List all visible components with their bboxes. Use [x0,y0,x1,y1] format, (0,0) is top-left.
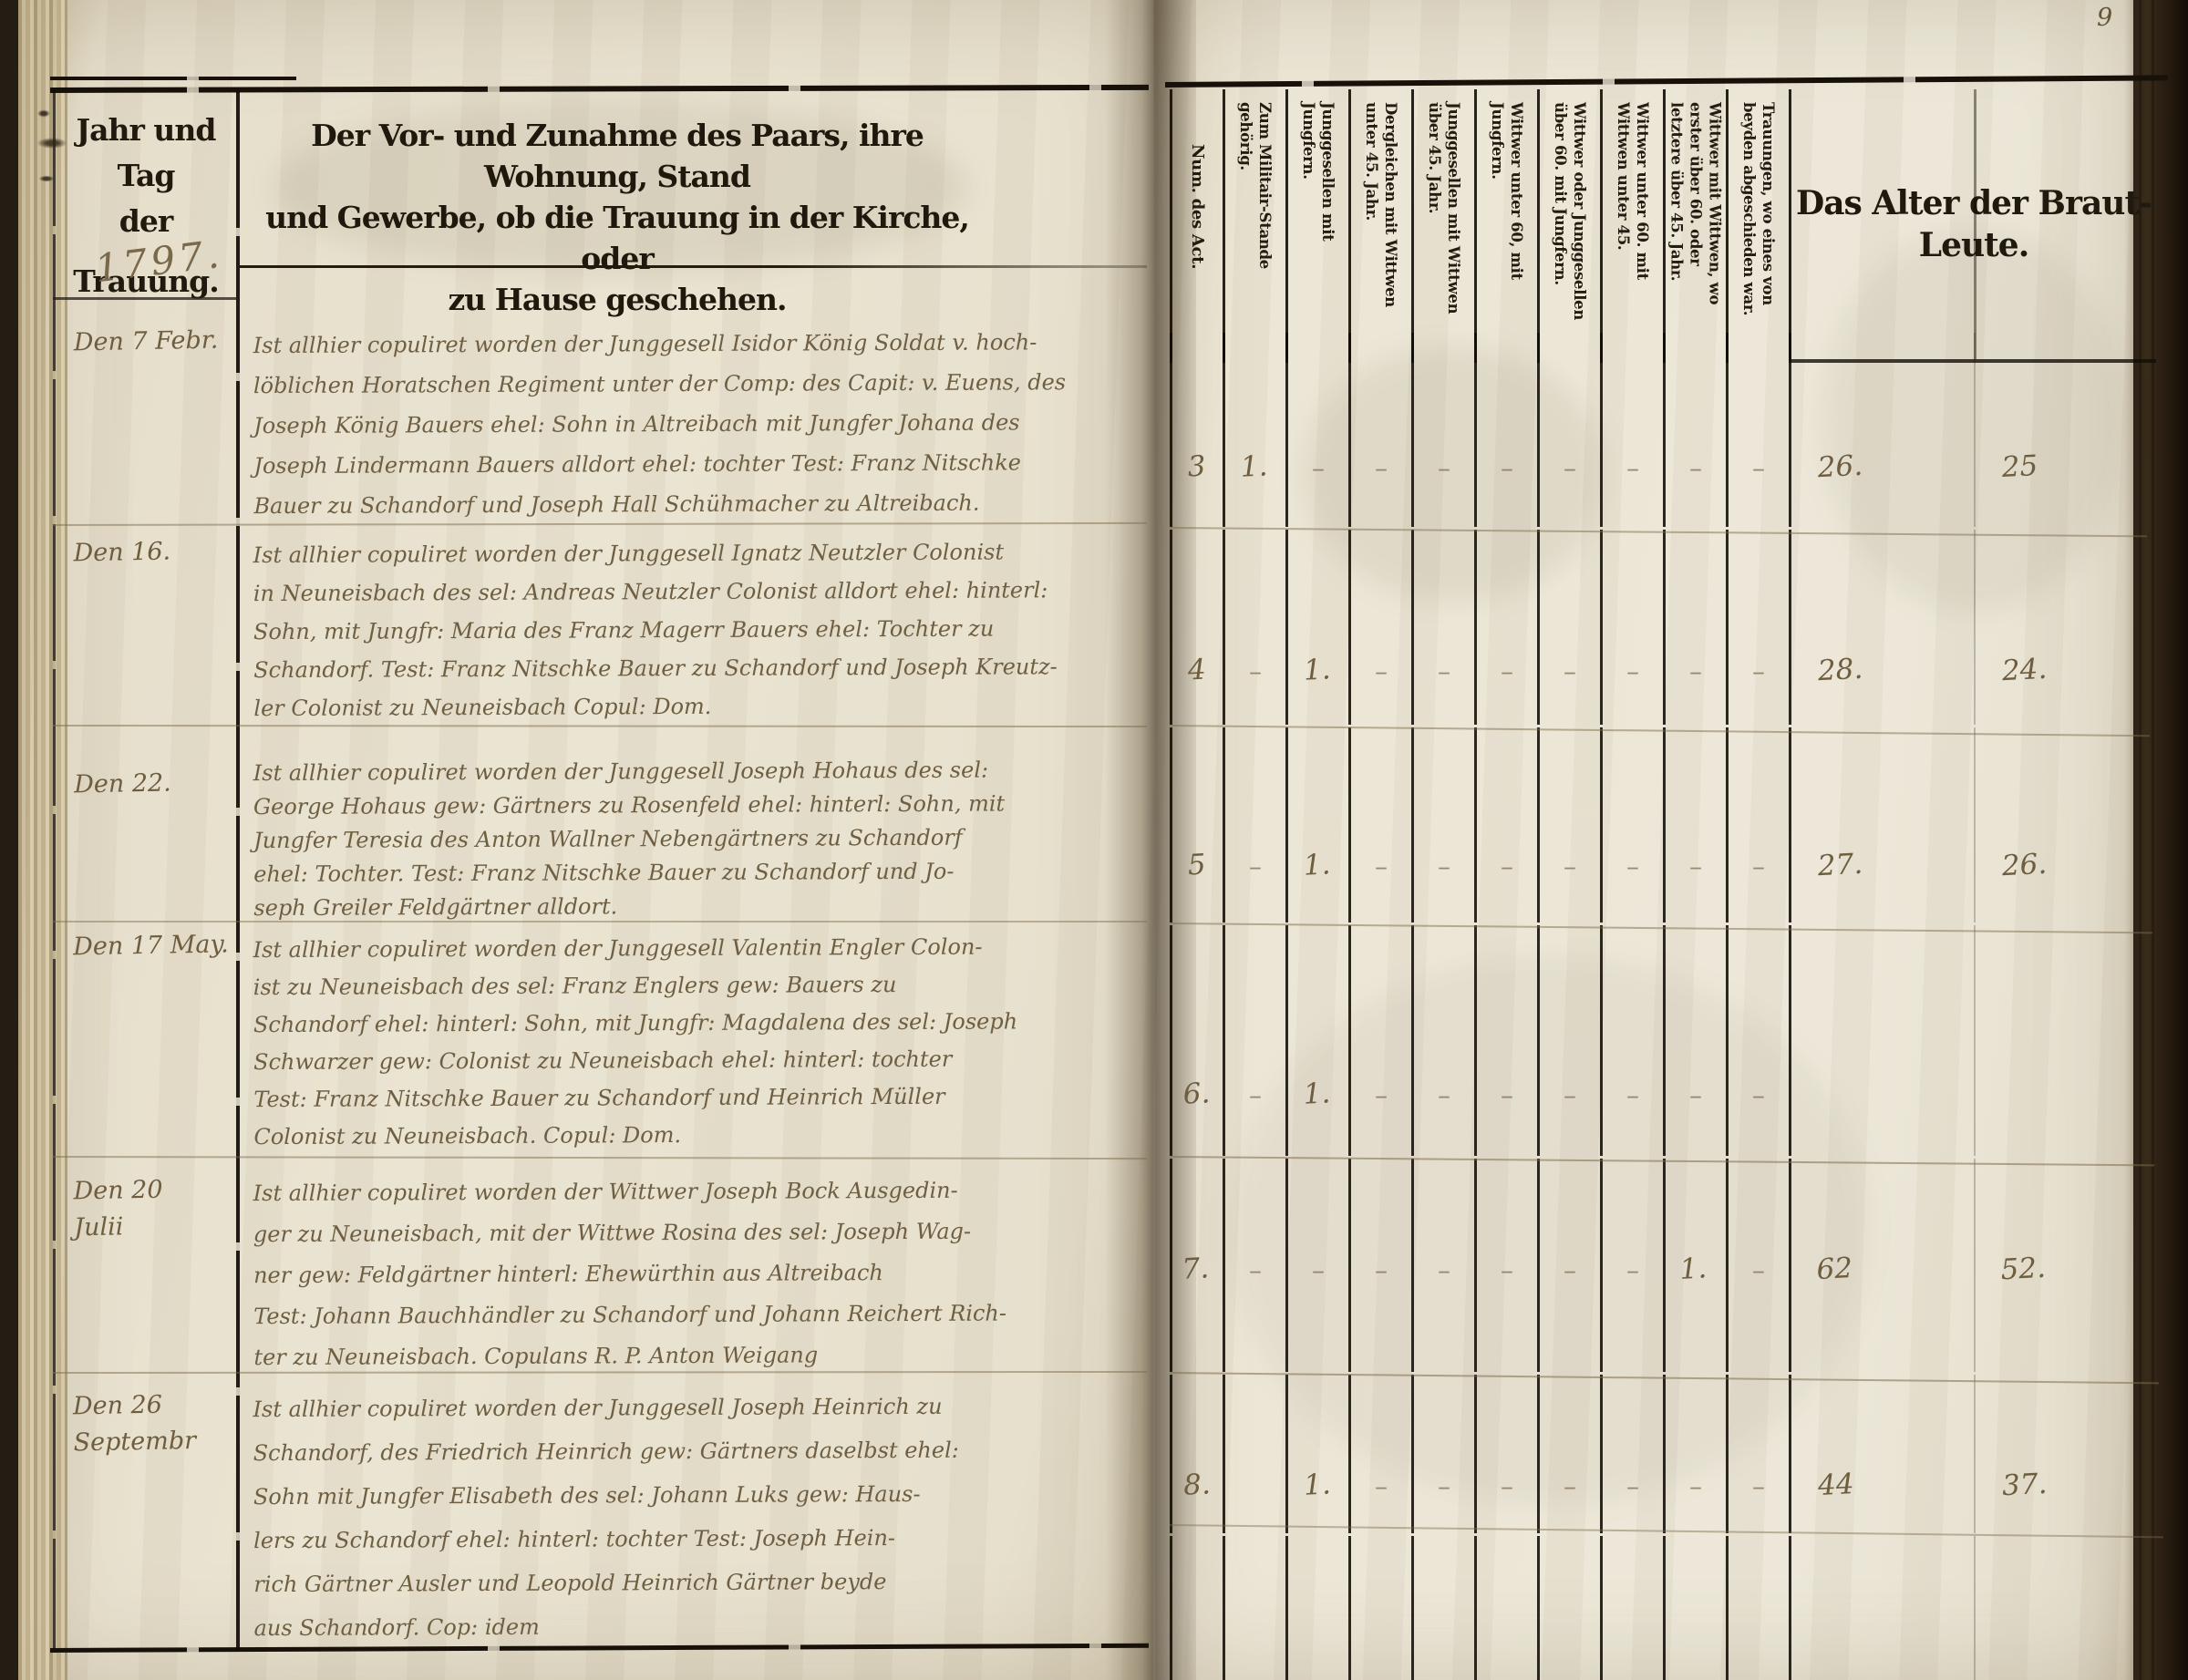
num-value: 3 [1186,450,1208,528]
statistics-row: 5–1.–––––––27.26. [1170,727,2156,922]
tally-dash: – [1564,1080,1576,1156]
tally-dash: – [1752,1255,1765,1372]
statistics-table-header: Num. des Act.Zum Militair-Stande gehörig… [1170,89,2156,330]
tally-dash: – [1249,1080,1262,1156]
empty-cell [1600,1536,1663,1680]
column-header-cell: Wittwer unter 60, mit Jungfern. [1474,89,1537,363]
statistics-row: 4–1.–––––––28.24. [1170,530,2156,725]
tally-cell: – [1663,333,1726,527]
num-cell: 4 [1170,530,1223,725]
num-value: 4 [1187,654,1209,726]
groom-age [1818,1110,1821,1156]
tally-one: 1. [1303,653,1334,725]
tally-one: 1. [1240,449,1271,527]
entry-date-line: Den 26 [73,1386,236,1425]
entry-text-line: lers zu Schandorf ehel: hinterl: tochter… [253,1515,1138,1562]
entry-text-line: seph Greiler Feldgärtner alldort. [253,888,1138,924]
tally-dash: – [1689,453,1702,527]
tally-cell: – [1223,925,1285,1156]
column-header-label: Wittwer mit Wittwen, wo erster über 60. … [1667,102,1725,321]
num-cell: 8. [1170,1375,1223,1533]
tally-cell: – [1348,1375,1411,1533]
page-number: 9 [2097,4,2112,32]
main-header-line: und Gewerbe, ob die Trauung in der Kirch… [248,197,986,279]
entry-text-line: rich Gärtner Ausler und Leopold Heinrich… [253,1559,1138,1606]
register-entry: Den 22.Ist allhier copuliret worden der … [53,727,1147,922]
tally-cell: – [1537,727,1600,922]
tally-dash: – [1564,656,1576,725]
tally-cell: – [1537,1159,1600,1372]
bride-age-cell [1974,925,2156,1156]
tally-dash: – [1438,453,1450,527]
entry-text-line: Sohn, mit Jungfr: Maria des Franz Magerr… [253,609,1138,651]
entry-text-line: Ist allhier copuliret worden der Jungges… [253,1384,1137,1431]
statistics-row: 6.–1.––––––– [1170,925,2156,1156]
groom-age-cell: 27. [1789,727,1974,922]
groom-age: 44 [1817,1468,1856,1534]
entry-text-line: ter zu Neuneisbach. Copulans R. P. Anton… [253,1334,1138,1376]
groom-age: 28. [1817,653,1865,726]
entry-text: Ist allhier copuliret worden der Jungges… [236,1373,1147,1654]
groom-age: 26. [1817,449,1866,528]
tally-dash: – [1375,1471,1388,1533]
column-header-label: Trauungen, wo eines von beyden abgeschie… [1739,102,1778,321]
entry-text-line: Ist allhier copuliret worden der Jungges… [253,322,1138,366]
tally-cell: – [1411,727,1474,922]
entry-text-line: ist zu Neuneisbach des sel: Franz Engler… [253,965,1138,1006]
bride-age-cell: 26. [1974,727,2156,922]
entry-date-line: Den 17 May. [73,926,236,965]
tally-dash: – [1752,1080,1765,1156]
entry-text-line: Bauer zu Schandorf und Joseph Hall Schüh… [253,482,1138,526]
tally-dash: – [1626,851,1639,922]
tally-cell: – [1600,925,1663,1156]
tally-dash: – [1501,656,1513,725]
num-cell: 6. [1170,925,1223,1156]
column-header-label: Junggesellen mit Jungfern. [1299,102,1337,321]
tally-cell: – [1411,1375,1474,1533]
tally-cell: – [1600,333,1663,527]
tally-one: 1. [1303,1077,1334,1156]
tally-cell: – [1223,727,1285,922]
register-entry: Den 17 May.Ist allhier copuliret worden … [53,922,1147,1158]
tally-dash: – [1501,1080,1513,1156]
tally-dash: – [1501,851,1513,922]
groom-age-cell [1789,925,1974,1156]
empty-cell [1789,1536,1974,1680]
tally-one: 1. [1679,1252,1712,1372]
bride-age: 52. [2000,1252,2051,1373]
column-header-cell: Junggesellen mit Wittwen über 45. Jahr. [1411,89,1474,363]
tally-dash: – [1564,1255,1576,1372]
num-cell: 3 [1170,333,1223,527]
entry-date: Den 22. [51,726,239,923]
empty-cell [1726,1536,1789,1680]
tally-dash: – [1626,1255,1639,1372]
tally-cell: – [1474,1159,1537,1372]
tally-dash: – [1564,1471,1576,1533]
tally-dash: – [1626,656,1639,725]
statistics-row-empty [1170,1536,2156,1680]
tally-cell: – [1600,530,1663,725]
tally-dash: – [1689,1471,1702,1533]
bride-age: 37. [2001,1468,2049,1534]
tally-dash: – [1375,453,1388,527]
tally-dash: – [1626,1471,1639,1533]
empty-cell [1170,1536,1223,1680]
tally-cell [1223,1375,1285,1533]
entry-date: Den 20Julii [51,1156,239,1376]
num-cell: 7. [1170,1159,1223,1372]
groom-age: 27. [1817,848,1865,923]
tally-one: 1. [1303,848,1334,922]
empty-cell [1223,1536,1285,1680]
entry-text-line: Schandorf, des Friedrich Heinrich gew: G… [253,1427,1138,1475]
entry-text-line: Schandorf ehel: hinterl: Sohn, mit Jungf… [253,1003,1138,1044]
entry-text: Ist allhier copuliret worden der Jungges… [236,921,1147,1160]
column-header-label: Wittwer oder Junggesellen über 60. mit J… [1551,102,1589,321]
num-value: 7. [1181,1252,1213,1372]
entry-text-line: Ist allhier copuliret worden der Jungges… [253,532,1138,574]
entry-text-line: Ist allhier copuliret worden der Wittwer… [253,1170,1138,1214]
entry-text-line: ler Colonist zu Neuneisbach Copul: Dom. [253,685,1138,727]
tally-dash: – [1249,1255,1262,1372]
num-value: 6. [1182,1077,1213,1156]
entry-text: Ist allhier copuliret worden der Jungges… [237,525,1148,729]
column-header-label: Dergleichen mit Wittwen unter 45. Jahr. [1362,102,1400,321]
empty-cell [1285,1536,1348,1680]
tally-cell: – [1663,727,1726,922]
row-separator-line [53,921,1147,922]
column-header-label: Junggesellen mit Wittwen über 45. Jahr. [1425,102,1463,321]
tally-cell: – [1726,1159,1789,1372]
entry-text-line: Joseph König Bauers ehel: Sohn in Altrei… [253,402,1138,446]
tally-cell: 1. [1285,925,1348,1156]
tally-dash: – [1438,1080,1450,1156]
entry-text-line: Joseph Lindermann Bauers alldort ehel: t… [253,442,1138,486]
tally-dash: – [1689,851,1702,922]
column-header-cell: Wittwer oder Junggesellen über 60. mit J… [1537,89,1600,363]
entry-date: Den 16. [51,525,239,728]
bride-age-cell: 37. [1974,1375,2156,1533]
tally-dash: – [1689,1080,1702,1156]
tally-cell: – [1600,1375,1663,1533]
tally-cell: – [1474,530,1537,725]
tally-dash: – [1689,656,1702,725]
tally-cell: – [1223,530,1285,725]
tally-cell: – [1348,1159,1411,1372]
tally-dash: – [1501,1471,1513,1533]
column-header-label: Num. des Act. [1188,102,1207,363]
tally-cell: – [1223,1159,1285,1372]
entry-text: Ist allhier copuliret worden der Jungges… [237,726,1148,924]
tally-cell: – [1726,530,1789,725]
column-header-cell: Wittwer mit Wittwen, wo erster über 60. … [1663,89,1726,363]
entry-text-line: ehel: Tochter. Test: Franz Nitschke Baue… [253,854,1138,892]
entry-text-line: Sohn mit Jungfer Elisabeth des sel: Joha… [253,1471,1138,1519]
tally-cell: – [1726,925,1789,1156]
tally-cell: – [1285,1159,1348,1372]
register-book-spread: Jahr und Tag der Trauung. 1797. Der Vor-… [0,0,2188,1680]
entry-date: Den 26Septembr [50,1373,239,1653]
column-header-cell: Num. des Act. [1170,89,1223,363]
entry-date: Den 17 May. [51,921,239,1159]
tally-dash: – [1375,851,1388,922]
column-header-cell: Trauungen, wo eines von beyden abgeschie… [1726,89,1789,363]
entry-date-line: Den 22. [74,764,237,803]
entry-text-line: Ist allhier copuliret worden der Jungges… [253,928,1137,969]
register-entry: Den 7 Febr.Ist allhier copuliret worden … [53,273,1147,527]
empty-cell [1663,1536,1726,1680]
entry-text-line: in Neuneisbach des sel: Andreas Neutzler… [253,571,1138,613]
empty-cell [1537,1536,1600,1680]
tally-cell: 1. [1285,530,1348,725]
entry-date: Den 7 Febr. [51,272,240,528]
tally-cell: – [1663,530,1726,725]
tally-dash: – [1752,453,1765,527]
column-header-label: Wittwer unter 60, mit Jungfern. [1488,102,1526,321]
tally-dash: – [1375,656,1388,725]
empty-cell [1348,1536,1411,1680]
empty-cell [1411,1536,1474,1680]
column-header-label: Wittwer unter 60. mit Wittwen unter 45. [1614,102,1652,321]
register-entries: Den 7 Febr.Ist allhier copuliret worden … [53,273,1147,1652]
entry-date-line: Septembr [73,1422,236,1461]
bride-age: 24. [2001,653,2049,726]
num-cell: 5 [1170,727,1223,922]
tally-dash: – [1375,1255,1388,1372]
empty-cell [1974,1536,2156,1680]
tally-cell: – [1348,333,1411,527]
groom-age-cell: 44 [1789,1375,1974,1533]
tally-cell: – [1348,530,1411,725]
tally-cell: 1. [1285,727,1348,922]
entry-text-line: Test: Johann Bauchhändler zu Schandorf u… [253,1293,1138,1337]
bride-age-cell: 52. [1974,1159,2156,1372]
tally-dash: – [1752,851,1765,922]
tally-dash: – [1249,851,1262,922]
tally-cell: – [1411,333,1474,527]
entry-text-line: George Hohaus gew: Gärtners zu Rosenfeld… [253,787,1138,824]
tally-cell: – [1726,727,1789,922]
tally-cell: – [1537,530,1600,725]
tally-one: 1. [1303,1468,1333,1533]
groom-age: 62 [1816,1252,1858,1373]
num-value: 5 [1187,849,1209,923]
bride-age-cell: 24. [1974,530,2156,725]
tally-cell: – [1411,925,1474,1156]
tally-dash: – [1501,453,1513,527]
tally-dash: – [1501,1255,1513,1372]
tally-cell: 1. [1223,333,1285,527]
tally-cell: – [1348,925,1411,1156]
tally-dash: – [1626,453,1639,527]
tally-cell: – [1600,1159,1663,1372]
entry-date-line: Den 16. [73,532,236,572]
tally-cell: – [1348,727,1411,922]
main-header-line: Der Vor- und Zunahme des Paars, ihre Woh… [248,115,986,197]
column-header-label: Zum Militair-Stande gehörig. [1236,102,1275,321]
entry-date-line: Julii [74,1207,237,1246]
entry-text: Ist allhier copuliret worden der Jungges… [236,272,1147,529]
bride-age: 25 [2001,449,2041,528]
age-column-header: Das Alter der Braut-Leute. [1789,89,2156,363]
tally-dash: – [1438,1471,1450,1533]
entry-text-line: löblichen Horatschen Regiment unter der … [253,362,1138,406]
tally-cell: – [1726,1375,1789,1533]
tally-cell: – [1600,727,1663,922]
register-entry: Den 26SeptembrIst allhier copuliret word… [53,1375,1147,1652]
groom-age-cell: 28. [1789,530,1974,725]
column-header-cell: Zum Militair-Stande gehörig. [1223,89,1285,363]
tally-dash: – [1438,656,1450,725]
tally-dash: – [1312,1255,1325,1372]
tally-dash: – [1752,656,1765,725]
entry-text-line: ner gew: Feldgärtner hinterl: Ehewürthin… [253,1252,1138,1296]
tally-cell: – [1663,1375,1726,1533]
statistics-row: 8.1.–––––––4437. [1170,1375,2156,1533]
tally-dash: – [1626,1080,1639,1156]
tally-dash: – [1438,851,1450,922]
tally-cell: – [1474,1375,1537,1533]
tally-cell: 1. [1285,1375,1348,1533]
entry-text-line: Schwarzer gew: Colonist zu Neuneisbach e… [253,1040,1138,1081]
entry-text-line: Test: Franz Nitschke Bauer zu Schandorf … [253,1077,1138,1118]
bride-age: 26. [2001,848,2049,923]
entry-date-line: Den 20 [73,1170,236,1210]
tally-dash: – [1249,656,1262,725]
tally-cell: – [1285,333,1348,527]
statistics-row: 7.–––––––1.–6252. [1170,1159,2156,1372]
tally-cell: – [1474,727,1537,922]
tally-cell: – [1726,333,1789,527]
tally-dash: – [1312,453,1325,527]
tally-cell: – [1663,925,1726,1156]
tally-dash: – [1564,453,1576,527]
tally-cell: – [1537,925,1600,1156]
tally-dash: – [1752,1471,1765,1533]
column-header-cell: Dergleichen mit Wittwen unter 45. Jahr. [1348,89,1411,363]
date-header-line: Jahr und Tag [57,108,235,199]
column-header-cell: Junggesellen mit Jungfern. [1285,89,1348,363]
entry-text: Ist allhier copuliret worden der Wittwer… [236,1156,1147,1376]
entry-text-line: Jungfer Teresia des Anton Wallner Nebeng… [253,820,1138,858]
tally-dash: – [1564,851,1576,922]
entry-date-line: Den 7 Febr. [74,322,237,361]
register-entry: Den 16.Ist allhier copuliret worden der … [53,527,1147,727]
column-header-cell: Wittwer unter 60. mit Wittwen unter 45. [1600,89,1663,363]
tally-cell: – [1411,1159,1474,1372]
entry-text-line: ger zu Neuneisbach, mit der Wittwe Rosin… [253,1211,1138,1255]
entry-text-line: Colonist zu Neuneisbach. Copul: Dom. [253,1115,1138,1156]
tally-cell: – [1411,530,1474,725]
tally-cell: – [1474,925,1537,1156]
tally-dash: – [1375,1080,1388,1156]
entry-text-line: Schandorf. Test: Franz Nitschke Bauer zu… [253,647,1138,689]
statistics-table: Num. des Act.Zum Militair-Stande gehörig… [1170,89,2156,1680]
entry-text-line: aus Schandorf. Cop: idem [253,1603,1138,1650]
empty-cell [1474,1536,1537,1680]
tally-cell: – [1474,333,1537,527]
tally-dash: – [1438,1255,1450,1372]
tally-cell: – [1537,333,1600,527]
groom-age-cell: 62 [1789,1159,1974,1372]
register-entry: Den 20JuliiIst allhier copuliret worden … [53,1158,1147,1375]
entry-text-line: Ist allhier copuliret worden der Jungges… [253,753,1138,790]
tally-cell: – [1537,1375,1600,1533]
left-table-top-border-double [50,77,296,80]
bride-age [2002,1110,2005,1156]
tally-cell: 1. [1663,1159,1726,1372]
